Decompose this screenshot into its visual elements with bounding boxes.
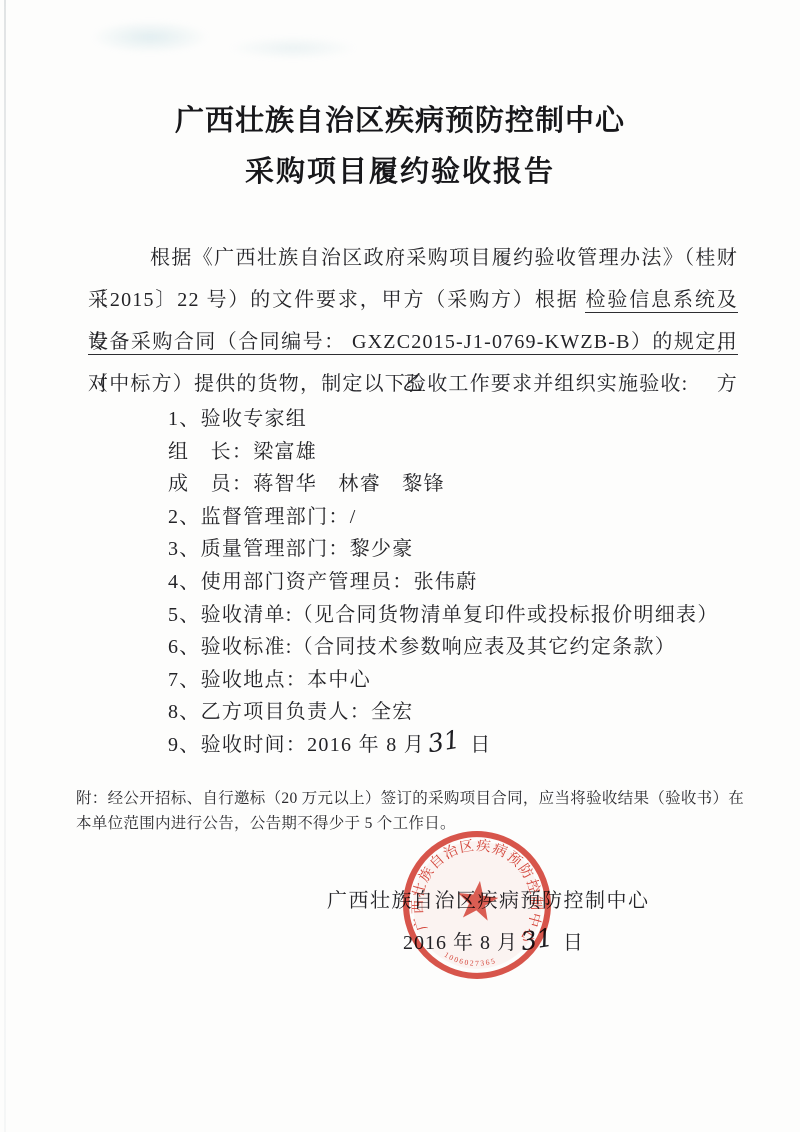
scan-smudge [90, 20, 210, 54]
text-run: 7、验收地点：本中心 [168, 669, 371, 691]
numbered-list: 1、验收专家组组 长：梁富雄成 员：蒋智华 林睿 黎锋2、监督管理部门：/3、质… [168, 403, 748, 762]
document-title: 广西壮族自治区疾病预防控制中心 采购项目履约验收报告 [0, 103, 800, 190]
official-seal-stamp: 广西壮族自治区疾病预防控制中心 1006027365 [390, 818, 564, 992]
list-item: 3、质量管理部门：黎少豪 [168, 533, 748, 566]
list-item: 6、验收标准:（合同技术参数响应表及其它约定条款） [168, 631, 748, 664]
text-run: 5、验收清单:（见合同货物清单复印件或投标报价明细表） [168, 604, 719, 626]
text-run: 8、乙方项目负责人：全宏 [168, 701, 414, 723]
list-item: 4、使用部门资产管理员：张伟蔚 [168, 566, 748, 599]
title-line-1: 广西壮族自治区疾病预防控制中心 [0, 103, 800, 139]
text-run: 组 长：梁富雄 [168, 441, 317, 463]
list-item: 2、监督管理部门：/ [168, 501, 748, 534]
text-run: 1、验收专家组 [168, 408, 307, 430]
text-run: 4、使用部门资产管理员：张伟蔚 [168, 571, 478, 593]
list-item: 8、乙方项目负责人：全宏 [168, 696, 748, 729]
text-run: 2、监督管理部门：/ [168, 506, 357, 528]
underlined-text: 设备采购 [88, 331, 174, 355]
text-run: 3、质量管理部门：黎少豪 [168, 538, 414, 560]
paragraph-line: 〔2015〕22 号）的文件要求，甲方（采购方）根据 检验信息系统及专用 [88, 279, 738, 321]
text-run: 日 [464, 734, 492, 756]
list-item: 7、验收地点：本中心 [168, 664, 748, 697]
list-item: 组 长：梁富雄 [168, 436, 748, 469]
paragraph: 根据《广西壮族自治区政府采购项目履约验收管理办法》（桂财采〔2015〕22 号）… [88, 237, 738, 405]
footnote-line-1: 附：经公开招标、自行邀标（20 万元以上）签订的采购项目合同，应当将验收结果（验… [76, 786, 746, 811]
paragraph-line: 根据《广西壮族自治区政府采购项目履约验收管理办法》（桂财采 [88, 237, 738, 279]
underlined-text: GXZC2015-J1-0769-KWZB-B [352, 331, 631, 355]
text-run: 〔2015〕22 号）的文件要求，甲方（采购方）根据 [88, 289, 585, 311]
paragraph-line: （中标方）提供的货物，制定以下验收工作要求并组织实施验收: [88, 363, 738, 405]
text-run: 成 员：蒋智华 林睿 黎锋 [168, 473, 445, 495]
title-line-2: 采购项目履约验收报告 [0, 154, 800, 190]
text-run: 9、验收时间：2016 年 8 月 [168, 734, 425, 756]
text-run: （中标方）提供的货物，制定以下验收工作要求并组织实施验收: [88, 373, 688, 395]
text-run: 合同（合同编号： [174, 331, 352, 353]
handwritten-day: 31 [426, 727, 461, 757]
paragraph-line: 设备采购合同（合同编号： GXZC2015-J1-0769-KWZB-B）的规定… [88, 321, 738, 363]
list-item: 1、验收专家组 [168, 403, 748, 436]
list-item: 9、验收时间：2016 年 8 月31 日 [168, 729, 748, 762]
signature-date-suffix: 日 [557, 932, 584, 954]
list-item: 5、验收清单:（见合同货物清单复印件或投标报价明细表） [168, 599, 748, 632]
scanned-document-page: 广西壮族自治区疾病预防控制中心 采购项目履约验收报告 根据《广西壮族自治区政府采… [0, 0, 800, 1132]
text-run: 6、验收标准:（合同技术参数响应表及其它约定条款） [168, 636, 676, 658]
list-item: 成 员：蒋智华 林睿 黎锋 [168, 468, 748, 501]
scan-smudge [228, 36, 358, 60]
